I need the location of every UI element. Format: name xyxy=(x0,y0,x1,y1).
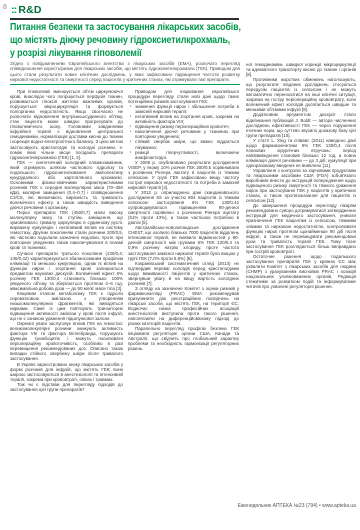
paragraph: Додатковим аргументом дискусії стало від… xyxy=(246,112,356,137)
paragraph: Перші препарати ГЕК (450/0,7) мали висок… xyxy=(10,210,123,250)
paragraph: Кокранівський систематичний огляд (2013)… xyxy=(128,261,239,286)
paragraph: Австралійсько-новозеландське дослідження… xyxy=(128,225,239,260)
paragraph: У статті L. Xing та співавт. (2011) наве… xyxy=(246,138,356,168)
paragraph: Паралельно перегляд профілю безпеки ГЕК … xyxy=(128,326,239,351)
paragraph: Остаточне рішення щодо подальшого застос… xyxy=(246,254,356,289)
bullet-item: ▪негативний вплив на згортання крові, зо… xyxy=(130,114,239,124)
paragraph: До завершення процедури перегляду лікаря… xyxy=(246,203,356,253)
bullet-text: зниження функції нирок і збільшення потр… xyxy=(135,104,239,114)
risk-bullet-list: ▪зниження функції нирок і збільшення пот… xyxy=(128,104,239,160)
bullet-text: накопичення діючої речовини у тканинах п… xyxy=(135,129,239,139)
bullet-item: ▪стійкий свербіж шкіри, що важко піддаєт… xyxy=(130,139,239,149)
paragraph: Тож чи є підстави для перегляду підходів… xyxy=(10,382,123,392)
paragraph: ГЕК — синтетичний колоїдний плазмозамінн… xyxy=(10,160,123,210)
bullet-list-intro: Приводом для ініціювання європейської пр… xyxy=(128,89,239,104)
bullet-item: ▪зниження функції нирок і збільшення пот… xyxy=(130,104,239,114)
bullet-text: стійкий свербіж шкіри, що важко піддаєть… xyxy=(135,139,239,149)
paragraph: В Україні зареєстровано низку лікарських… xyxy=(10,362,123,382)
paragraph: ної гемодинаміки, швидкої корекції мікро… xyxy=(246,62,356,77)
section-label: R&D xyxy=(18,4,41,16)
bullet-text: негативний вплив на згортання крові, зок… xyxy=(135,114,239,124)
paragraph: Приводом для ініціювання європейської пр… xyxy=(128,89,239,104)
article-title-line: у розрізі лікування гіповолемії xyxy=(10,47,221,60)
article-title-line: Питання безпеки та застосування лікарськ… xyxy=(10,21,221,34)
paragraph: Сучасні препарати третього покоління (13… xyxy=(10,251,123,291)
column-2-paragraphs: У 2008 р. опубліковано результати дослід… xyxy=(128,160,239,352)
paragraph: Окремої уваги заслуговує вплив ГЕК на ге… xyxy=(10,321,123,361)
section-marker-icon: :: xyxy=(11,4,16,16)
text-column-3: ної гемодинаміки, швидкої корекції мікро… xyxy=(246,62,356,502)
paragraph: Противники жорстких обмежень наголошують… xyxy=(246,77,356,112)
article-title: Питання безпеки та застосування лікарськ… xyxy=(10,21,244,60)
lead-divider-rule xyxy=(10,84,240,85)
section-header: :: R&D xyxy=(11,4,42,16)
paragraph: У 2008 р. опубліковано результати дослід… xyxy=(128,160,239,190)
bullet-text: реакції гіперчутливості, включаючи анафі… xyxy=(135,150,239,160)
page-number: 8 xyxy=(3,4,7,11)
footer-credit: Еженедельник АПТЕКА №23 (794) • www.apte… xyxy=(150,503,356,509)
paragraph: Кінцевим етапом метаболізму ГЕК є гідрол… xyxy=(10,291,123,321)
paragraph: При гіповолемії зменшується об'єм циркул… xyxy=(10,89,123,160)
bullet-item: ▪реакції гіперчутливості, включаючи анаф… xyxy=(130,150,239,160)
article-title-line: що містять діючу речовину гідроксиетилкр… xyxy=(10,34,221,47)
paragraph: З огляду на зазначене Комітет з оцінки р… xyxy=(128,286,239,326)
paragraph: У 2012 р. оприлюднено дані скандинавсько… xyxy=(128,190,239,225)
text-column-2: Приводом для ініціювання європейської пр… xyxy=(128,89,239,501)
bullet-item: ▪накопичення діючої речовини у тканинах … xyxy=(130,129,239,139)
lead-paragraph: Згідно з повідомленням Європейського аге… xyxy=(10,61,240,83)
text-column-1: При гіповолемії зменшується об'єм циркул… xyxy=(10,89,123,500)
paragraph: Управління з контролю за харчовими проду… xyxy=(246,168,356,203)
header-rule xyxy=(10,18,239,20)
